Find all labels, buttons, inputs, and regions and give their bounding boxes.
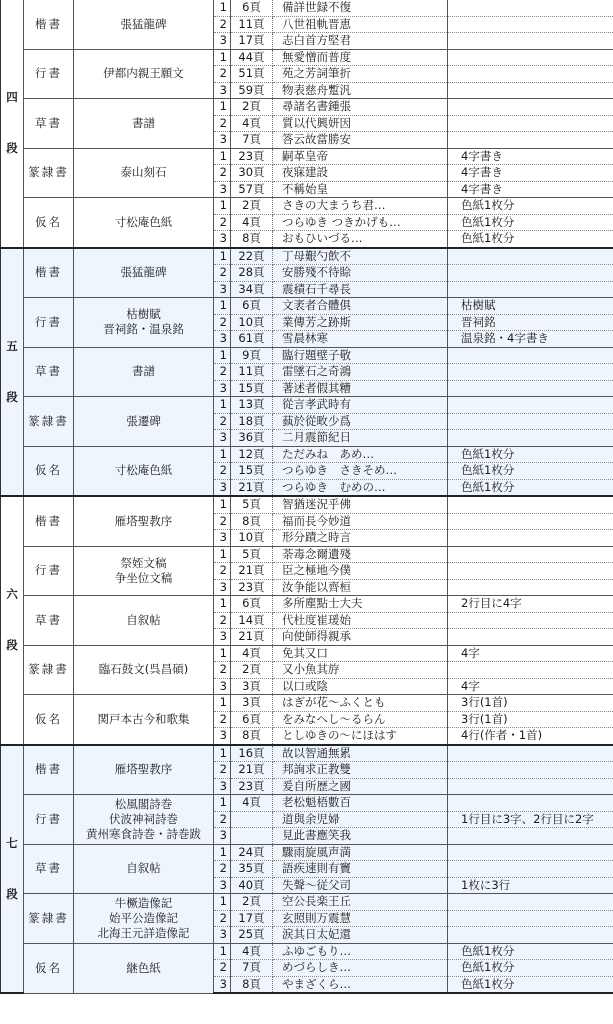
excerpt-text: 驟雨旋風声満	[273, 844, 448, 861]
excerpt-text: 邦詢求正教雙	[273, 762, 448, 779]
page-number: 59頁	[231, 82, 273, 99]
work-title-cell: 寸松庵色紙	[74, 198, 214, 248]
work-title-cell: 関戸本古今和歌集	[74, 695, 214, 745]
row-number: 3	[214, 132, 231, 149]
excerpt-text: 道與余児婦	[273, 811, 448, 828]
excerpt-text: 代杜度崔瑗始	[273, 612, 448, 629]
row-number: 2	[214, 16, 231, 33]
row-number: 1	[214, 943, 231, 960]
script-style-label: 仮名	[35, 463, 62, 477]
row-number: 3	[214, 579, 231, 596]
work-title: 張遷碑	[74, 414, 213, 429]
page-number: 61頁	[231, 331, 273, 348]
note-text	[448, 364, 613, 381]
page-number: 3頁	[231, 695, 273, 712]
note-text	[448, 612, 613, 629]
excerpt-text: 丁母艱勺飲不	[273, 248, 448, 265]
excerpt-text: 見此書應笑我	[273, 828, 448, 845]
note-text	[448, 430, 613, 447]
excerpt-text: めづらしき…	[273, 960, 448, 977]
note-text: 3行(1首)	[448, 711, 613, 728]
excerpt-text: 空公長楽王丘	[273, 894, 448, 911]
note-text: 4字	[448, 678, 613, 695]
excerpt-text: 雪晨林寒	[273, 331, 448, 348]
row-number: 3	[214, 281, 231, 298]
excerpt-text: つらゆき さきそめ…	[273, 463, 448, 480]
grade-label: 段	[1, 141, 23, 156]
script-style-cell: 行書	[24, 546, 74, 596]
page-number: 23頁	[231, 148, 273, 165]
page-number: 22頁	[231, 248, 273, 265]
work-title-cell: 張遷碑	[74, 397, 214, 447]
excerpt-text: をみなへし～るらん	[273, 711, 448, 728]
script-style-label: 行書	[35, 315, 62, 329]
table-row: 篆隷書牛橛造像記始平公造像記北海王元詳造像記12頁空公長楽王丘	[1, 894, 613, 911]
row-number: 3	[214, 82, 231, 99]
row-number: 3	[214, 231, 231, 248]
excerpt-text: つらゆき むめの…	[273, 479, 448, 496]
excerpt-text: 尋諸名書鍾張	[273, 99, 448, 116]
work-title: 自叙帖	[74, 613, 213, 628]
note-text	[448, 281, 613, 298]
row-number: 1	[214, 347, 231, 364]
excerpt-text: 無愛憎而普度	[273, 49, 448, 66]
note-text	[448, 861, 613, 878]
work-title-cell: 雁塔聖教序	[74, 745, 214, 795]
excerpt-text: 涙其日太妃還	[273, 927, 448, 944]
table-row: 仮名寸松庵色紙12頁さきの大まうち君…色紙1枚分	[1, 198, 613, 215]
row-number: 1	[214, 894, 231, 911]
note-text: 色紙1枚分	[448, 231, 613, 248]
row-number: 3	[214, 33, 231, 50]
page-number: 8頁	[231, 513, 273, 530]
note-text: 色紙1枚分	[448, 214, 613, 231]
note-text: 4行(作者・1首)	[448, 728, 613, 745]
script-style-cell: 草書	[24, 596, 74, 646]
script-style-label: 楷書	[35, 265, 62, 279]
note-text: 1行目に3字、2行目に2字	[448, 811, 613, 828]
note-text: 4字	[448, 645, 613, 662]
work-title: 始平公造像記	[74, 911, 213, 926]
work-title: 松風閣詩巻	[74, 797, 213, 812]
note-text: 4字書き	[448, 181, 613, 198]
row-number: 2	[214, 314, 231, 331]
note-text: 温泉銘・4字書き	[448, 331, 613, 348]
table-row: 四段楷書張猛龍碑16頁備詳世録不復	[1, 0, 613, 16]
row-number: 2	[214, 214, 231, 231]
script-style-cell: 篆隷書	[24, 397, 74, 447]
excerpt-text: 苑之芳詞筆折	[273, 66, 448, 83]
work-title: 争坐位文稿	[74, 571, 213, 586]
grade-label: 六	[1, 587, 23, 602]
page-number: 30頁	[231, 165, 273, 182]
work-title: 書譜	[74, 116, 213, 131]
page-number: 16頁	[231, 745, 273, 762]
page-number: 17頁	[231, 910, 273, 927]
table-row: 草書書譜12頁尋諸名書鍾張	[1, 99, 613, 116]
work-title: 黄州寒食詩巻・詩巻跋	[74, 827, 213, 842]
excerpt-text: としゆきの～にほはす	[273, 728, 448, 745]
script-style-label: 草書	[35, 861, 62, 875]
row-number: 3	[214, 728, 231, 745]
note-text	[448, 99, 613, 116]
page-number: 15頁	[231, 380, 273, 397]
excerpt-text: やまざくら…	[273, 976, 448, 993]
grade-label: 段	[1, 638, 23, 653]
note-text	[448, 745, 613, 762]
script-style-label: 草書	[35, 116, 62, 130]
script-style-label: 楷書	[35, 514, 62, 528]
page-number: 12頁	[231, 446, 273, 463]
excerpt-text: 安勝殘不待賒	[273, 265, 448, 282]
row-number: 2	[214, 165, 231, 182]
note-text	[448, 397, 613, 414]
row-number: 1	[214, 298, 231, 315]
table-row: 仮名寸松庵色紙112頁ただみね あめ…色紙1枚分	[1, 446, 613, 463]
note-text	[448, 530, 613, 547]
script-style-cell: 行書	[24, 795, 74, 845]
note-text	[448, 347, 613, 364]
table-row: 行書枯樹賦晋祠銘・温泉銘16頁文袤者合體俱枯樹賦	[1, 298, 613, 315]
script-style-cell: 楷書	[24, 496, 74, 546]
grade-cell: 五段	[1, 248, 24, 497]
script-style-cell: 篆隷書	[24, 894, 74, 944]
page-number: 5頁	[231, 496, 273, 513]
excerpt-text: 汝争能以齊桓	[273, 579, 448, 596]
excerpt-text: ただみね あめ…	[273, 446, 448, 463]
note-text	[448, 927, 613, 944]
row-number: 2	[214, 960, 231, 977]
script-style-label: 仮名	[35, 215, 62, 229]
note-text	[448, 66, 613, 83]
script-style-cell: 楷書	[24, 0, 74, 49]
script-style-cell: 行書	[24, 49, 74, 99]
excerpt-text: ふゆごもり…	[273, 943, 448, 960]
work-title: 祭姪文稿	[74, 556, 213, 571]
table-row: 草書自叙帖124頁驟雨旋風声満	[1, 844, 613, 861]
row-number: 1	[214, 49, 231, 66]
excerpt-text: 語疾速則有竇	[273, 861, 448, 878]
table-row: 草書書譜19頁臨行題壁子敬	[1, 347, 613, 364]
page-number: 4頁	[231, 115, 273, 132]
row-number: 3	[214, 678, 231, 695]
table-row: 草書自叙帖16頁多所塵點士大夫2行目に4字	[1, 596, 613, 613]
page-number: 13頁	[231, 397, 273, 414]
page-number: 10頁	[231, 314, 273, 331]
page-number: 2頁	[231, 662, 273, 679]
page-number: 11頁	[231, 364, 273, 381]
excerpt-text: 老松魁梧數百	[273, 795, 448, 812]
row-number: 2	[214, 413, 231, 430]
excerpt-text: 從言孝武時有	[273, 397, 448, 414]
calligraphy-assignment-table: 四段楷書張猛龍碑16頁備詳世録不復211頁八世祖軌晋恵317頁志白首方堅君行書伊…	[0, 0, 613, 994]
script-style-label: 楷書	[35, 762, 62, 776]
page-number: 4頁	[231, 214, 273, 231]
script-style-cell: 草書	[24, 99, 74, 149]
row-number: 3	[214, 927, 231, 944]
note-text	[448, 49, 613, 66]
note-text	[448, 265, 613, 282]
work-title-cell: 張猛龍碑	[74, 0, 214, 49]
row-number: 1	[214, 745, 231, 762]
work-title-cell: 寸松庵色紙	[74, 446, 214, 496]
table-row: 仮名継色紙14頁ふゆごもり…色紙1枚分	[1, 943, 613, 960]
note-text	[448, 115, 613, 132]
page-number: 57頁	[231, 181, 273, 198]
note-text	[448, 82, 613, 99]
note-text	[448, 828, 613, 845]
excerpt-text: 福而長今妙道	[273, 513, 448, 530]
note-text	[448, 795, 613, 812]
page-number: 35頁	[231, 861, 273, 878]
note-text: 4字書き	[448, 148, 613, 165]
work-title: 張猛龍碑	[74, 265, 213, 280]
note-text: 色紙1枚分	[448, 479, 613, 496]
page-number: 51頁	[231, 66, 273, 83]
row-number: 3	[214, 181, 231, 198]
row-number: 1	[214, 248, 231, 265]
note-text	[448, 778, 613, 795]
row-number: 1	[214, 496, 231, 513]
work-title: 伊都内親王願文	[74, 66, 213, 81]
work-title-cell: 牛橛造像記始平公造像記北海王元詳造像記	[74, 894, 214, 944]
work-title-cell: 祭姪文稿争坐位文稿	[74, 546, 214, 596]
script-style-label: 篆隷書	[28, 414, 69, 428]
work-title: 北海王元詳造像記	[74, 926, 213, 941]
excerpt-text: 不稱始皇	[273, 181, 448, 198]
note-text	[448, 132, 613, 149]
excerpt-text: 臣之極地今僕	[273, 563, 448, 580]
grade-label: 段	[1, 887, 23, 902]
work-title-cell: 張猛龍碑	[74, 248, 214, 298]
row-number: 3	[214, 877, 231, 894]
script-style-cell: 草書	[24, 844, 74, 894]
work-title-cell: 泰山刻石	[74, 148, 214, 198]
table-row: 五段楷書張猛龍碑122頁丁母艱勺飲不	[1, 248, 613, 265]
grade-label: 五	[1, 339, 23, 354]
excerpt-text: 形分蹟之時言	[273, 530, 448, 547]
note-text	[448, 496, 613, 513]
work-title: 寸松庵色紙	[74, 463, 213, 478]
script-style-cell: 楷書	[24, 745, 74, 795]
excerpt-text: 又小魚其斿	[273, 662, 448, 679]
excerpt-text: 震積石千尋長	[273, 281, 448, 298]
work-title: 継色紙	[74, 961, 213, 976]
excerpt-text: おもひいづる…	[273, 231, 448, 248]
excerpt-text: つらゆき つきかげも…	[273, 214, 448, 231]
page-number: 24頁	[231, 844, 273, 861]
page-number: 6頁	[231, 0, 273, 16]
work-title-cell: 枯樹賦晋祠銘・温泉銘	[74, 298, 214, 348]
work-title-cell: 臨石鼓文(呉昌碩)	[74, 645, 214, 695]
script-style-cell: 仮名	[24, 198, 74, 248]
row-number: 1	[214, 0, 231, 16]
script-style-label: 草書	[35, 613, 62, 627]
note-text: 色紙1枚分	[448, 976, 613, 993]
note-text	[448, 563, 613, 580]
page-number: 2頁	[231, 894, 273, 911]
grade-label: 四	[1, 90, 23, 105]
page-number: 15頁	[231, 463, 273, 480]
excerpt-text: 荼毒念爾遺殘	[273, 546, 448, 563]
page-number: 21頁	[231, 563, 273, 580]
row-number: 3	[214, 479, 231, 496]
excerpt-text: はぎが花～ふくとも	[273, 695, 448, 712]
work-title-cell: 書譜	[74, 347, 214, 397]
page-number: 23頁	[231, 579, 273, 596]
excerpt-text: 八世祖軌晋恵	[273, 16, 448, 33]
excerpt-text: 物表慈舟蹔汎	[273, 82, 448, 99]
note-text	[448, 762, 613, 779]
work-title: 泰山刻石	[74, 165, 213, 180]
page-number: 21頁	[231, 479, 273, 496]
note-text	[448, 16, 613, 33]
row-number: 1	[214, 198, 231, 215]
excerpt-text: 文袤者合體俱	[273, 298, 448, 315]
page-number: 2頁	[231, 99, 273, 116]
work-title: 伏波神祠詩巻	[74, 812, 213, 827]
page-number: 17頁	[231, 33, 273, 50]
note-text: 2行目に4字	[448, 596, 613, 613]
excerpt-text: 故以智通無累	[273, 745, 448, 762]
row-number: 2	[214, 811, 231, 828]
script-style-cell: 楷書	[24, 248, 74, 298]
grade-cell: 六段	[1, 496, 24, 745]
grade-cell: 七段	[1, 745, 24, 994]
row-number: 2	[214, 762, 231, 779]
work-title-cell: 松風閣詩巻伏波神祠詩巻黄州寒食詩巻・詩巻跋	[74, 795, 214, 845]
work-title-cell: 書譜	[74, 99, 214, 149]
table-row: 仮名関戸本古今和歌集13頁はぎが花～ふくとも3行(1首)	[1, 695, 613, 712]
page-number: 36頁	[231, 430, 273, 447]
row-number: 1	[214, 844, 231, 861]
note-text: 晋祠銘	[448, 314, 613, 331]
excerpt-text: 免其又口	[273, 645, 448, 662]
script-style-cell: 仮名	[24, 695, 74, 745]
row-number: 3	[214, 828, 231, 845]
row-number: 3	[214, 530, 231, 547]
excerpt-text: 玄照則万震慧	[273, 910, 448, 927]
excerpt-text: 爰自所歴之國	[273, 778, 448, 795]
table-row: 六段楷書雁塔聖教序15頁智猶迷況乎佛	[1, 496, 613, 513]
table-row: 篆隷書泰山刻石123頁嗣革皇帝4字書き	[1, 148, 613, 165]
grade-label: 七	[1, 836, 23, 851]
row-number: 1	[214, 596, 231, 613]
excerpt-text: 向使師得親承	[273, 629, 448, 646]
row-number: 3	[214, 976, 231, 993]
script-style-cell: 仮名	[24, 446, 74, 496]
page-number: 2頁	[231, 198, 273, 215]
page-number: 6頁	[231, 298, 273, 315]
excerpt-text: 備詳世録不復	[273, 0, 448, 16]
note-text	[448, 33, 613, 50]
script-style-label: 草書	[35, 364, 62, 378]
table-row: 行書松風閣詩巻伏波神祠詩巻黄州寒食詩巻・詩巻跋14頁老松魁梧數百	[1, 795, 613, 812]
note-text: 1枚に3行	[448, 877, 613, 894]
script-style-cell: 仮名	[24, 943, 74, 993]
page-number: 8頁	[231, 976, 273, 993]
page-number: 6頁	[231, 711, 273, 728]
row-number: 3	[214, 331, 231, 348]
excerpt-text: 夜寐建設	[273, 165, 448, 182]
excerpt-text: 智猶迷況乎佛	[273, 496, 448, 513]
page-number: 21頁	[231, 762, 273, 779]
note-text	[448, 0, 613, 16]
row-number: 2	[214, 66, 231, 83]
page-number: 23頁	[231, 778, 273, 795]
row-number: 1	[214, 645, 231, 662]
work-title: 関戸本古今和歌集	[74, 712, 213, 727]
note-text	[448, 546, 613, 563]
row-number: 2	[214, 364, 231, 381]
excerpt-text: 著述者假其糟	[273, 380, 448, 397]
page-number: 8頁	[231, 728, 273, 745]
table-row: 篆隷書臨石鼓文(呉昌碩)14頁免其又口4字	[1, 645, 613, 662]
note-text	[448, 844, 613, 861]
script-style-label: 篆隷書	[28, 165, 69, 179]
excerpt-text: 業傳芳之跡斯	[273, 314, 448, 331]
page-number: 18頁	[231, 413, 273, 430]
work-title-cell: 自叙帖	[74, 844, 214, 894]
script-style-cell: 草書	[24, 347, 74, 397]
page-number: 9頁	[231, 347, 273, 364]
note-text	[448, 513, 613, 530]
row-number: 2	[214, 711, 231, 728]
row-number: 3	[214, 380, 231, 397]
note-text	[448, 579, 613, 596]
note-text: 3行(1首)	[448, 695, 613, 712]
row-number: 1	[214, 546, 231, 563]
note-text	[448, 894, 613, 911]
page-number: 10頁	[231, 530, 273, 547]
row-number: 3	[214, 778, 231, 795]
excerpt-text: 失聲～従父司	[273, 877, 448, 894]
page-number: 21頁	[231, 629, 273, 646]
note-text: 色紙1枚分	[448, 198, 613, 215]
excerpt-text: 二月震節紀日	[273, 430, 448, 447]
work-title: 雁塔聖教序	[74, 762, 213, 777]
excerpt-text: 志白首方堅君	[273, 33, 448, 50]
work-title: 書譜	[74, 364, 213, 379]
script-style-label: 篆隷書	[28, 911, 69, 925]
script-style-label: 行書	[35, 812, 62, 826]
excerpt-text: 以口或陰	[273, 678, 448, 695]
script-style-label: 行書	[35, 563, 62, 577]
row-number: 2	[214, 513, 231, 530]
row-number: 2	[214, 612, 231, 629]
page-number: 8頁	[231, 231, 273, 248]
row-number: 1	[214, 99, 231, 116]
excerpt-text: 蓺於從畋少爲	[273, 413, 448, 430]
page-number: 44頁	[231, 49, 273, 66]
note-text: 色紙1枚分	[448, 960, 613, 977]
page-number: 40頁	[231, 877, 273, 894]
work-title-cell: 自叙帖	[74, 596, 214, 646]
page-number: 28頁	[231, 265, 273, 282]
work-title-cell: 継色紙	[74, 943, 214, 993]
row-number: 1	[214, 795, 231, 812]
note-text: 色紙1枚分	[448, 446, 613, 463]
script-style-label: 仮名	[35, 712, 62, 726]
note-text	[448, 629, 613, 646]
work-title: 寸松庵色紙	[74, 215, 213, 230]
page-number: 14頁	[231, 612, 273, 629]
table-row: 行書伊都内親王願文144頁無愛憎而普度	[1, 49, 613, 66]
excerpt-text: 嗣革皇帝	[273, 148, 448, 165]
excerpt-text: 質以代興妍因	[273, 115, 448, 132]
page-number: 11頁	[231, 16, 273, 33]
work-title: 枯樹賦	[74, 307, 213, 322]
